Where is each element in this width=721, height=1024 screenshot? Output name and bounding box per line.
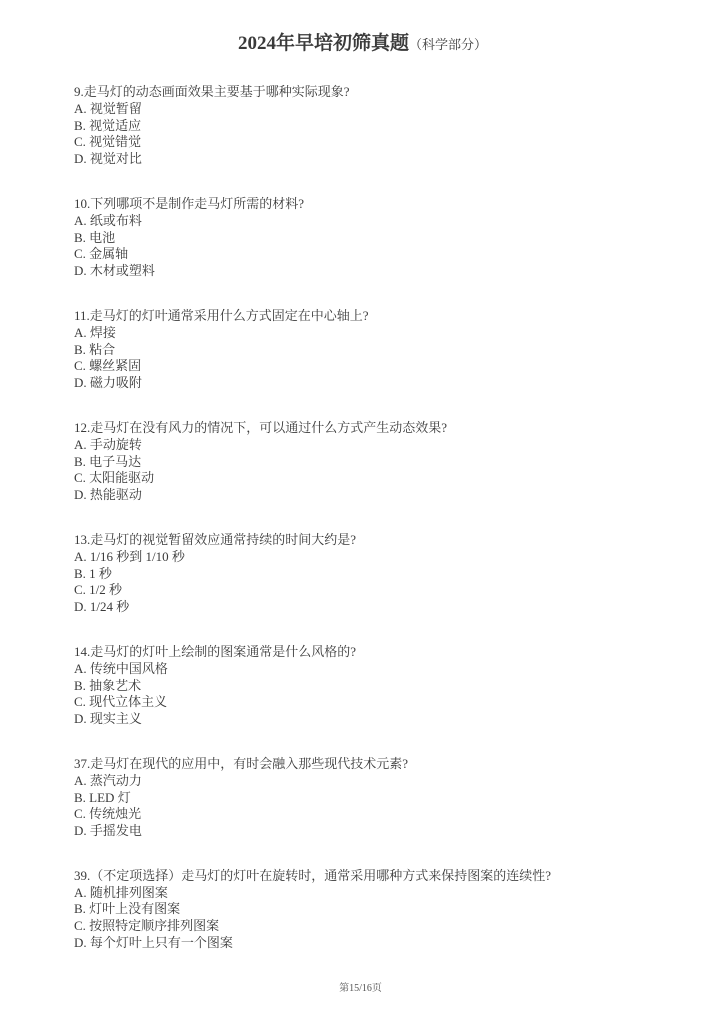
option-d: D. 现实主义 (74, 711, 651, 728)
question-block-37: 37.走马灯在现代的应用中，有时会融入那些现代技术元素? A. 蒸汽动力 B. … (74, 756, 651, 840)
exam-page: 2024年早培初筛真题（科学部分） 9.走马灯的动态画面效果主要基于哪种实际现象… (0, 0, 721, 952)
option-d: D. 1/24 秒 (74, 599, 651, 616)
option-d: D. 每个灯叶上只有一个图案 (74, 935, 651, 952)
option-b: B. 视觉适应 (74, 118, 651, 135)
option-b: B. 灯叶上没有图案 (74, 901, 651, 918)
question-text: 14.走马灯的灯叶上绘制的图案通常是什么风格的? (74, 644, 651, 661)
question-block-39: 39.（不定项选择）走马灯的灯叶在旋转时，通常采用哪种方式来保持图案的连续性? … (74, 868, 651, 952)
option-c: C. 1/2 秒 (74, 582, 651, 599)
option-c: C. 传统烛光 (74, 806, 651, 823)
option-c: C. 按照特定顺序排列图案 (74, 918, 651, 935)
question-block-10: 10.下列哪项不是制作走马灯所需的材料? A. 纸或布料 B. 电池 C. 金属… (74, 196, 651, 280)
option-a: A. 传统中国风格 (74, 661, 651, 678)
questions-list: 9.走马灯的动态画面效果主要基于哪种实际现象? A. 视觉暂留 B. 视觉适应 … (74, 84, 651, 952)
option-c: C. 现代立体主义 (74, 694, 651, 711)
page-footer: 第15/16页 (0, 979, 721, 994)
question-block-12: 12.走马灯在没有风力的情况下，可以通过什么方式产生动态效果? A. 手动旋转 … (74, 420, 651, 504)
page-title: 2024年早培初筛真题（科学部分） (74, 26, 651, 57)
option-d: D. 热能驱动 (74, 487, 651, 504)
option-b: B. 抽象艺术 (74, 678, 651, 695)
option-b: B. 电子马达 (74, 454, 651, 471)
option-c: C. 金属轴 (74, 246, 651, 263)
question-block-11: 11.走马灯的灯叶通常采用什么方式固定在中心轴上? A. 焊接 B. 粘合 C.… (74, 308, 651, 392)
option-d: D. 手摇发电 (74, 823, 651, 840)
option-d: D. 视觉对比 (74, 151, 651, 168)
option-d: D. 磁力吸附 (74, 375, 651, 392)
question-text: 10.下列哪项不是制作走马灯所需的材料? (74, 196, 651, 213)
option-a: A. 随机排列图案 (74, 885, 651, 902)
option-a: A. 纸或布料 (74, 213, 651, 230)
page-number: 第15/16页 (339, 983, 382, 994)
option-a: A. 焊接 (74, 325, 651, 342)
question-text: 37.走马灯在现代的应用中，有时会融入那些现代技术元素? (74, 756, 651, 773)
option-c: C. 螺丝紧固 (74, 358, 651, 375)
option-c: C. 太阳能驱动 (74, 470, 651, 487)
option-a: A. 蒸汽动力 (74, 773, 651, 790)
question-block-9: 9.走马灯的动态画面效果主要基于哪种实际现象? A. 视觉暂留 B. 视觉适应 … (74, 84, 651, 168)
question-text: 11.走马灯的灯叶通常采用什么方式固定在中心轴上? (74, 308, 651, 325)
title-sub: （科学部分） (409, 37, 487, 52)
option-a: A. 1/16 秒到 1/10 秒 (74, 549, 651, 566)
question-block-14: 14.走马灯的灯叶上绘制的图案通常是什么风格的? A. 传统中国风格 B. 抽象… (74, 644, 651, 728)
question-text: 39.（不定项选择）走马灯的灯叶在旋转时，通常采用哪种方式来保持图案的连续性? (74, 868, 651, 885)
option-b: B. 电池 (74, 230, 651, 247)
question-text: 9.走马灯的动态画面效果主要基于哪种实际现象? (74, 84, 651, 101)
title-main: 2024年早培初筛真题 (238, 33, 409, 54)
option-b: B. 1 秒 (74, 566, 651, 583)
option-b: B. LED 灯 (74, 790, 651, 807)
option-d: D. 木材或塑料 (74, 263, 651, 280)
option-a: A. 视觉暂留 (74, 101, 651, 118)
question-block-13: 13.走马灯的视觉暂留效应通常持续的时间大约是? A. 1/16 秒到 1/10… (74, 532, 651, 616)
question-text: 13.走马灯的视觉暂留效应通常持续的时间大约是? (74, 532, 651, 549)
question-text: 12.走马灯在没有风力的情况下，可以通过什么方式产生动态效果? (74, 420, 651, 437)
option-b: B. 粘合 (74, 342, 651, 359)
option-c: C. 视觉错觉 (74, 134, 651, 151)
option-a: A. 手动旋转 (74, 437, 651, 454)
